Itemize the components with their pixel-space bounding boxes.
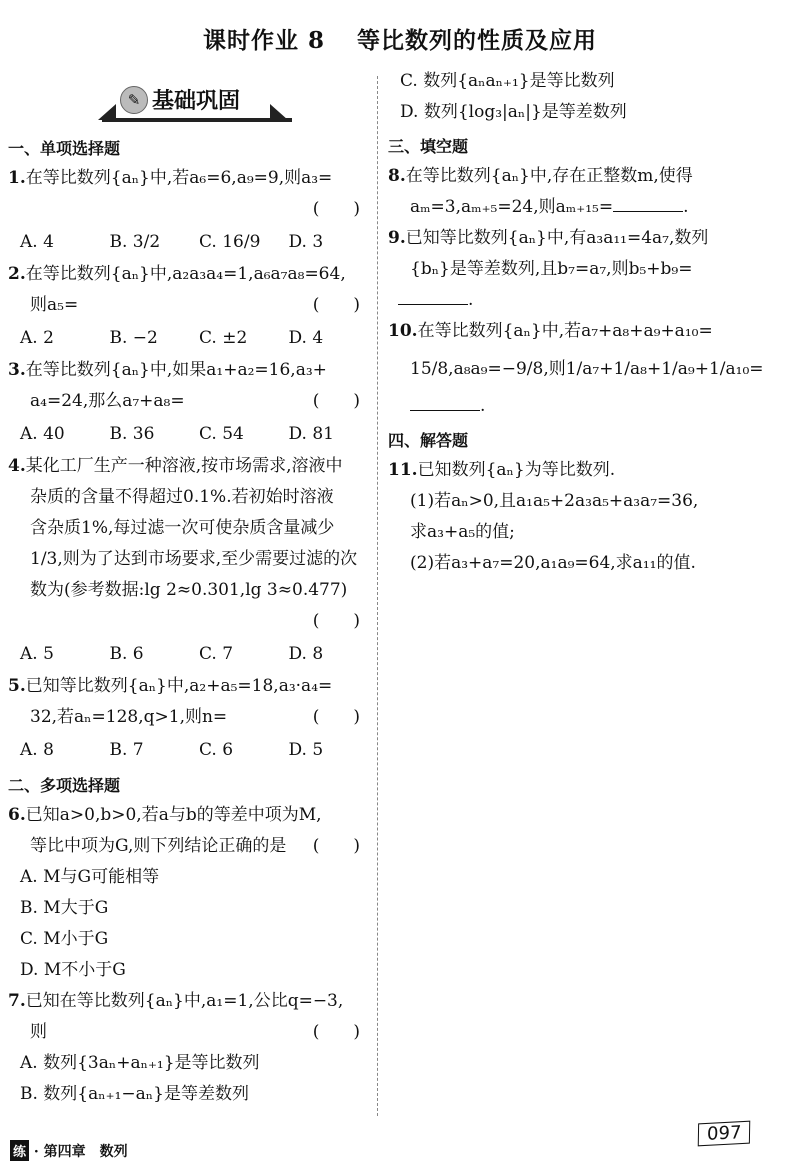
question-stem: 已知等比数列{aₙ}中,有a₃a₁₁=4a₇,数列 [406, 228, 709, 248]
section-heading-free-response: 四、解答题 [388, 428, 788, 451]
question-stem-cont: 含杂质1%,每过滤一次可使杂质含量减少 [8, 518, 334, 538]
option-a[interactable]: A. 4 [20, 225, 110, 259]
option-d[interactable]: D. 5 [289, 733, 379, 767]
question-stem-cont: 则 [8, 1022, 47, 1042]
option-a[interactable]: A. 5 [20, 637, 110, 671]
question-stem-cont: 15/8,a₈a₉=−9/8,则1/a₇+1/a₈+1/a₉+1/a₁₀= [388, 359, 764, 379]
question-number: 9. [388, 228, 406, 248]
question-number: 7. [8, 991, 26, 1011]
notebook-pen-icon: ✎ [120, 86, 148, 114]
section-heading-single-choice: 一、单项选择题 [8, 136, 378, 159]
answer-blank[interactable] [410, 410, 480, 411]
answer-paren[interactable]: ( ) [313, 1017, 378, 1048]
question-stem-cont: 等比中项为G,则下列结论正确的是 [8, 836, 286, 856]
question-stem-cont: {bₙ}是等差数列,且b₇=a₇,则b₅+b₉= [388, 259, 692, 279]
question-stem-cont: 杂质的含量不得超过0.1%.若初始时溶液 [8, 487, 334, 507]
question-stem: 在等比数列{aₙ}中,如果a₁+a₂=16,a₃+ [26, 360, 327, 380]
question-number: 4. [8, 456, 26, 476]
answer-blank[interactable] [613, 211, 683, 212]
question-3: 3.在等比数列{aₙ}中,如果a₁+a₂=16,a₃+ a₄=24,那么a₇+a… [8, 355, 378, 451]
question-number: 5. [8, 676, 26, 696]
option-c[interactable]: C. 16/9 [199, 225, 289, 259]
option-c[interactable]: C. 6 [199, 733, 289, 767]
question-1: 1.在等比数列{aₙ}中,若a₆=6,a₉=9,则a₃= ( ) A. 4B. … [8, 163, 378, 259]
question-stem-cont: 则a₅= [8, 295, 78, 315]
question-stem-cont: 1/3,则为了达到市场要求,至少需要过滤的次 [8, 549, 357, 569]
option-b[interactable]: B. 7 [110, 733, 200, 767]
option-d[interactable]: D. 4 [289, 321, 379, 355]
question-4: 4.某化工厂生产一种溶液,按市场需求,溶液中 杂质的含量不得超过0.1%.若初始… [8, 451, 378, 671]
answer-paren[interactable]: ( ) [313, 290, 378, 321]
option-b[interactable]: B. −2 [110, 321, 200, 355]
banner-label: 基础巩固 [152, 84, 240, 115]
option-d[interactable]: D. M不小于G [8, 955, 378, 986]
option-d[interactable]: D. 数列{log₃|aₙ|}是等差数列 [388, 97, 788, 128]
option-b[interactable]: B. M大于G [8, 893, 378, 924]
question-number: 10. [388, 321, 418, 341]
question-stem-cont: aₘ=3,aₘ₊₅=24,则aₘ₊₁₅= [388, 197, 613, 217]
left-column: ✎ 基础巩固 一、单项选择题 1.在等比数列{aₙ}中,若a₆=6,a₉=9,则… [8, 80, 378, 1110]
option-c[interactable]: C. 数列{aₙaₙ₊₁}是等比数列 [388, 66, 788, 97]
answer-paren[interactable]: ( ) [313, 606, 378, 637]
answer-blank[interactable] [398, 304, 468, 305]
question-8: 8.在等比数列{aₙ}中,存在正整数m,使得 aₘ=3,aₘ₊₅=24,则aₘ₊… [388, 161, 788, 223]
answer-paren[interactable]: ( ) [313, 194, 378, 225]
option-c[interactable]: C. ±2 [199, 321, 289, 355]
option-b[interactable]: B. 36 [110, 417, 200, 451]
answer-paren[interactable]: ( ) [313, 702, 378, 733]
title-lesson: 课时作业 8 [203, 27, 325, 54]
sub-question-1-cont: 求a₃+a₅的值; [388, 522, 515, 542]
question-10: 10.在等比数列{aₙ}中,若a₇+a₈+a₉+a₁₀= 15/8,a₈a₉=−… [388, 316, 788, 422]
option-c[interactable]: C. 54 [199, 417, 289, 451]
question-2: 2.在等比数列{aₙ}中,a₂a₃a₄=1,a₆a₇a₈=64, 则a₅=( )… [8, 259, 378, 355]
question-stem: 某化工厂生产一种溶液,按市场需求,溶液中 [26, 456, 343, 476]
question-stem-cont: 32,若aₙ=128,q>1,则n= [8, 707, 227, 727]
page-number: 097 [698, 1121, 751, 1147]
option-d[interactable]: D. 8 [289, 637, 379, 671]
option-a[interactable]: A. M与G可能相等 [8, 862, 378, 893]
question-stem: 在等比数列{aₙ}中,a₂a₃a₄=1,a₆a₇a₈=64, [26, 264, 346, 284]
option-b[interactable]: B. 3/2 [110, 225, 200, 259]
option-a[interactable]: A. 数列{3aₙ+aₙ₊₁}是等比数列 [8, 1048, 378, 1079]
option-d[interactable]: D. 3 [289, 225, 379, 259]
answer-paren[interactable]: ( ) [313, 386, 378, 417]
sub-question-2: (2)若a₃+a₇=20,a₁a₉=64,求a₁₁的值. [388, 553, 696, 573]
question-stem: 在等比数列{aₙ}中,存在正整数m,使得 [406, 166, 693, 186]
question-stem: 已知数列{aₙ}为等比数列. [418, 460, 616, 480]
question-number: 6. [8, 805, 26, 825]
section-heading-multi-choice: 二、多项选择题 [8, 773, 378, 796]
question-11: 11.已知数列{aₙ}为等比数列. (1)若aₙ>0,且a₁a₅+2a₃a₅+a… [388, 455, 788, 579]
option-a[interactable]: A. 8 [20, 733, 110, 767]
question-stem-cont: a₄=24,那么a₇+a₈= [8, 391, 185, 411]
question-stem: 在等比数列{aₙ}中,若a₇+a₈+a₉+a₁₀= [418, 321, 713, 341]
answer-paren[interactable]: ( ) [313, 831, 378, 862]
banner-bar [102, 118, 292, 122]
question-5: 5.已知等比数列{aₙ}中,a₂+a₅=18,a₃·a₄= 32,若aₙ=128… [8, 671, 378, 767]
question-number: 8. [388, 166, 406, 186]
question-number: 11. [388, 460, 418, 480]
option-c[interactable]: C. 7 [199, 637, 289, 671]
section-banner: ✎ 基础巩固 [90, 80, 300, 130]
question-stem: 已知a>0,b>0,若a与b的等差中项为M, [26, 805, 322, 825]
question-stem: 已知等比数列{aₙ}中,a₂+a₅=18,a₃·a₄= [26, 676, 333, 696]
footer-chapter: 练 · 第四章 数列 [10, 1140, 128, 1161]
question-7: 7.已知在等比数列{aₙ}中,a₁=1,公比q=−3, 则( ) A. 数列{3… [8, 986, 378, 1110]
title-topic: 等比数列的性质及应用 [357, 27, 597, 54]
sub-question-1: (1)若aₙ>0,且a₁a₅+2a₃a₅+a₃a₇=36, [388, 491, 698, 511]
section-heading-fill-blank: 三、填空题 [388, 134, 788, 157]
question-6: 6.已知a>0,b>0,若a与b的等差中项为M, 等比中项为G,则下列结论正确的… [8, 800, 378, 986]
question-stem: 已知在等比数列{aₙ}中,a₁=1,公比q=−3, [26, 991, 344, 1011]
practice-icon: 练 [10, 1140, 29, 1161]
right-column: C. 数列{aₙaₙ₊₁}是等比数列 D. 数列{log₃|aₙ|}是等差数列 … [388, 66, 788, 579]
option-b[interactable]: B. 数列{aₙ₊₁−aₙ}是等差数列 [8, 1079, 378, 1110]
option-a[interactable]: A. 40 [20, 417, 110, 451]
page-title: 课时作业 8等比数列的性质及应用 [0, 22, 800, 55]
option-d[interactable]: D. 81 [289, 417, 379, 451]
option-c[interactable]: C. M小于G [8, 924, 378, 955]
question-9: 9.已知等比数列{aₙ}中,有a₃a₁₁=4a₇,数列 {bₙ}是等差数列,且b… [388, 223, 788, 316]
option-a[interactable]: A. 2 [20, 321, 110, 355]
question-stem-cont: 数为(参考数据:lg 2≈0.301,lg 3≈0.477) [8, 580, 347, 600]
question-number: 1. [8, 168, 26, 188]
question-number: 3. [8, 360, 26, 380]
chapter-label: · 第四章 数列 [34, 1144, 128, 1160]
option-b[interactable]: B. 6 [110, 637, 200, 671]
question-number: 2. [8, 264, 26, 284]
question-stem: 在等比数列{aₙ}中,若a₆=6,a₉=9,则a₃= [26, 168, 333, 188]
